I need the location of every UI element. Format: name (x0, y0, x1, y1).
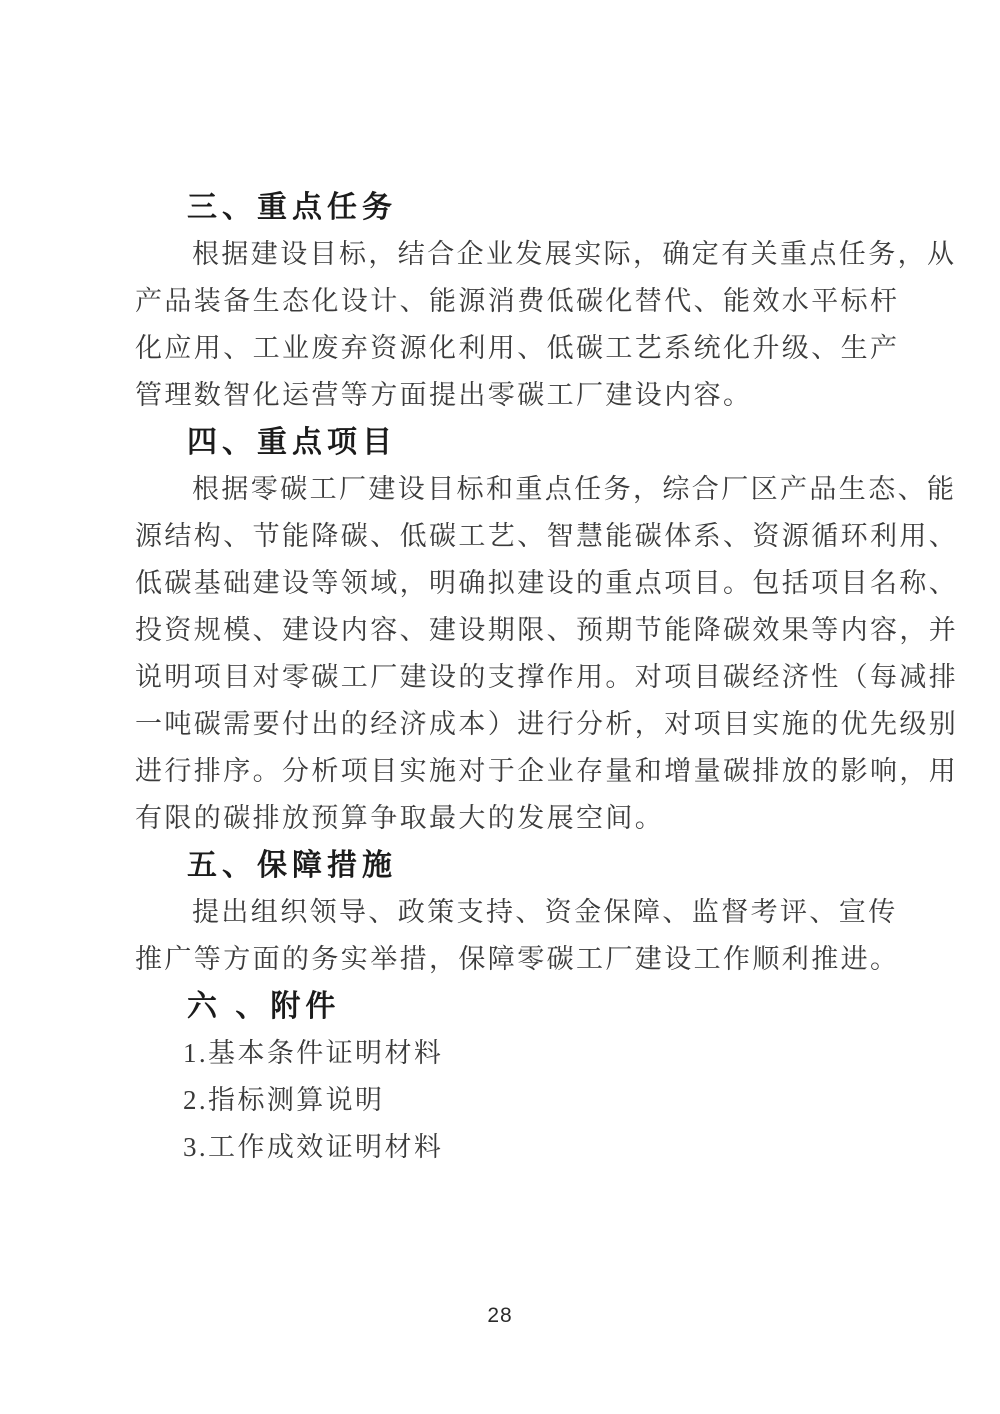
heading-key-tasks: 三、重点任务 (135, 184, 910, 231)
paragraph-line: 管理数智化运营等方面提出零碳工厂建设内容。 (135, 372, 910, 419)
document-content: 三、重点任务 根据建设目标，结合企业发展实际，确定有关重点任务，从 产品装备生态… (135, 184, 910, 1171)
paragraph-line: 进行排序。分析项目实施对于企业存量和增量碳排放的影响，用 (135, 748, 910, 795)
attachment-item-3: 3.工作成效证明材料 (135, 1124, 910, 1171)
paragraph-line: 投资规模、建设内容、建设期限、预期节能降碳效果等内容，并 (135, 607, 910, 654)
paragraph-line: 化应用、工业废弃资源化利用、低碳工艺系统化升级、生产 (135, 325, 910, 372)
document-page: 三、重点任务 根据建设目标，结合企业发展实际，确定有关重点任务，从 产品装备生态… (0, 0, 1000, 1414)
heading-safeguard-measures: 五、保障措施 (135, 842, 910, 889)
page-number: 28 (0, 1300, 1000, 1332)
paragraph-line: 提出组织领导、政策支持、资金保障、监督考评、宣传 (135, 889, 910, 936)
attachment-item-1: 1.基本条件证明材料 (135, 1030, 910, 1077)
paragraph-line: 低碳基础建设等领域，明确拟建设的重点项目。包括项目名称、 (135, 560, 910, 607)
paragraph-line: 推广等方面的务实举措，保障零碳工厂建设工作顺利推进。 (135, 936, 910, 983)
paragraph-line: 有限的碳排放预算争取最大的发展空间。 (135, 795, 910, 842)
attachment-item-2: 2.指标测算说明 (135, 1077, 910, 1124)
paragraph-line: 根据零碳工厂建设目标和重点任务，综合厂区产品生态、能 (135, 466, 910, 513)
paragraph-line: 产品装备生态化设计、能源消费低碳化替代、能效水平标杆 (135, 278, 910, 325)
paragraph-line: 一吨碳需要付出的经济成本）进行分析，对项目实施的优先级别 (135, 701, 910, 748)
heading-attachments: 六 、附件 (135, 983, 910, 1030)
paragraph-line: 源结构、节能降碳、低碳工艺、智慧能碳体系、资源循环利用、 (135, 513, 910, 560)
paragraph-line: 根据建设目标，结合企业发展实际，确定有关重点任务，从 (135, 231, 910, 278)
paragraph-line: 说明项目对零碳工厂建设的支撑作用。对项目碳经济性（每减排 (135, 654, 910, 701)
heading-key-projects: 四、重点项目 (135, 419, 910, 466)
